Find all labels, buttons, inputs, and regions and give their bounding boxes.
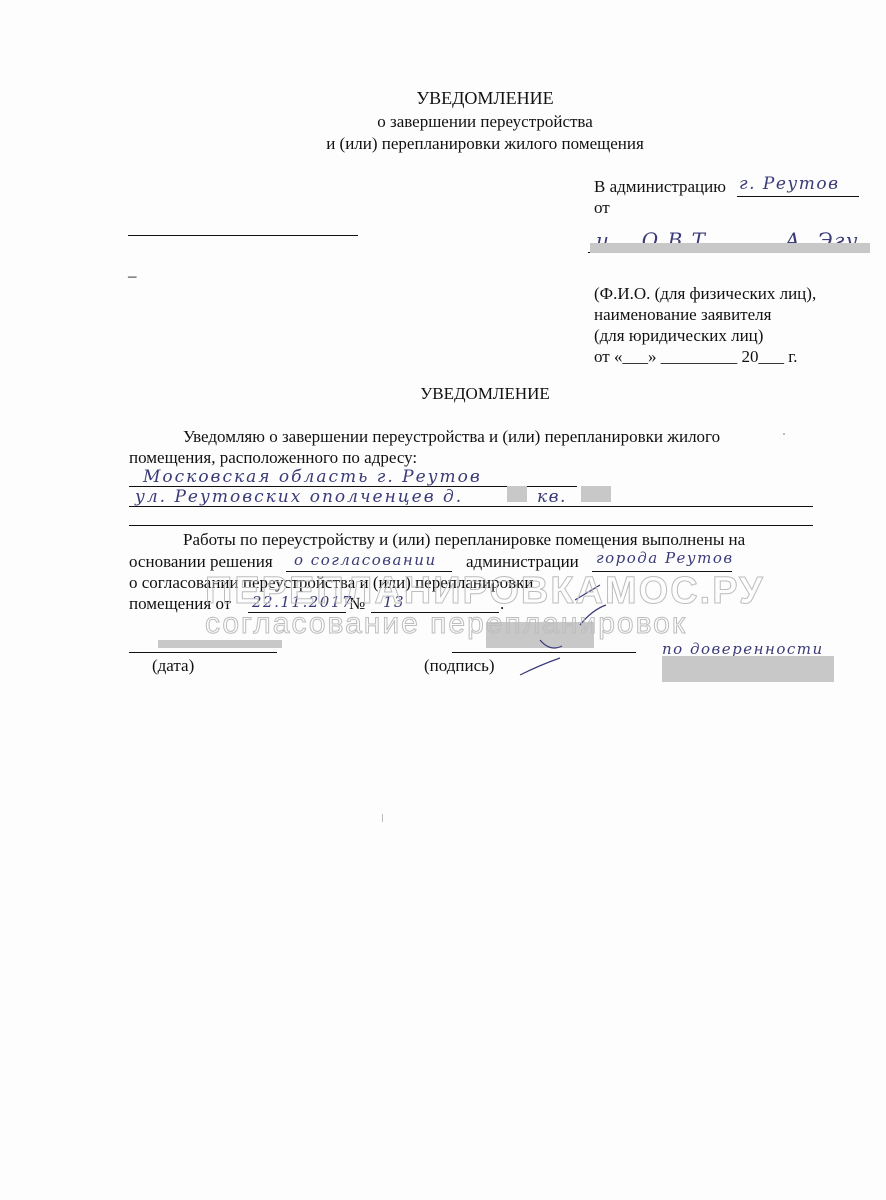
redacted-signer-name	[662, 656, 834, 682]
watermark-line2: согласование перепланировок	[205, 607, 687, 641]
works-line2-prefix: основании решения	[129, 552, 273, 572]
scan-speck	[783, 433, 785, 435]
document-title: УВЕДОМЛЕНИЕ	[0, 88, 886, 108]
redacted-house-number	[507, 486, 527, 502]
left-dash: –	[128, 266, 137, 286]
addressee-note-line3: (для юридических лиц)	[594, 326, 763, 346]
works-line1: Работы по переустройству и (или) перепла…	[183, 530, 745, 550]
signature-label: (подпись)	[424, 656, 495, 676]
notice-line2: помещения, расположенного по адресу:	[129, 448, 417, 468]
date-label: (дата)	[152, 656, 194, 676]
address-line2-field: ул. Реутовских ополченцев д. кв.	[129, 490, 813, 507]
addressee-note-line1: (Ф.И.О. (для физических лиц),	[594, 284, 816, 304]
admin-value: города Реутов	[596, 549, 734, 567]
scan-speck	[382, 814, 383, 822]
addressee-to-field: г. Реутов	[737, 176, 859, 197]
address-apt-label: кв.	[537, 487, 567, 507]
addressee-note-line2: наименование заявителя	[594, 305, 771, 325]
address-line1-field: Московская область г. Реутов	[129, 470, 577, 487]
address-line1-value: Московская область г. Реутов	[143, 467, 482, 487]
blank-line-left	[128, 235, 358, 236]
addressee-from-label: от	[594, 198, 610, 218]
notice-line1: Уведомляю о завершении переустройства и …	[183, 427, 720, 447]
redacted-apartment-number	[581, 486, 611, 502]
addressee-date-line: от «___» _________ 20___ г.	[594, 347, 798, 367]
document-subtitle-line2: и (или) перепланировки жилого помещения	[0, 134, 886, 154]
addressee-to-label: В администрацию	[594, 177, 726, 197]
address-line2-value: ул. Реутовских ополченцев д.	[135, 487, 463, 507]
redacted-applicant-name	[590, 243, 870, 253]
address-line3-field	[129, 525, 813, 526]
addressee-to-value: г. Реутов	[739, 174, 840, 194]
redacted-sign-date	[158, 640, 282, 648]
document-subtitle-line1: о завершении переустройства	[0, 112, 886, 132]
works-line2-mid: администрации	[466, 552, 579, 572]
body-title: УВЕДОМЛЕНИЕ	[0, 384, 886, 404]
decision-value: о согласовании	[294, 551, 437, 569]
date-signature-line	[129, 652, 277, 653]
